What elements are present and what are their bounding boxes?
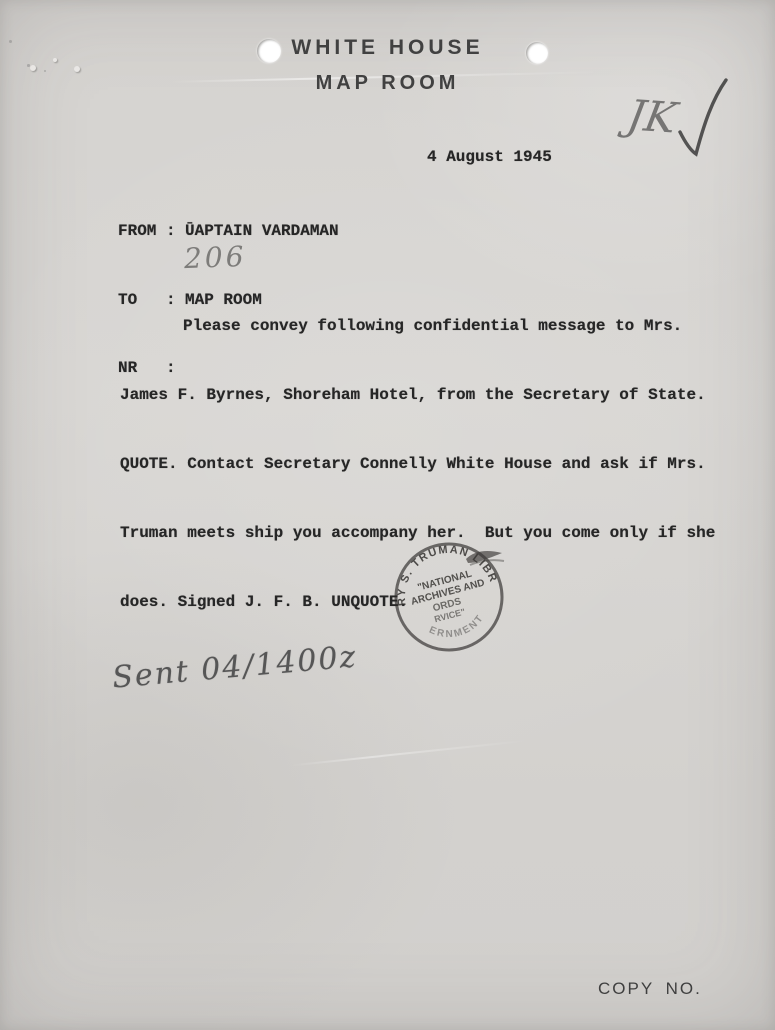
document-page: WHITE HOUSE MAP ROOM JK 4 August 1945 FR…	[0, 0, 775, 1030]
body-line: Please convey following confidential mes…	[120, 317, 715, 350]
letterhead-line1: WHITE HOUSE	[0, 36, 775, 60]
ink-smudge	[462, 543, 508, 573]
body-line: James F. Byrnes, Shoreham Hotel, from th…	[120, 386, 715, 419]
copy-no-label: COPY NO.	[598, 979, 702, 999]
nr-handwritten-value: 206	[183, 240, 247, 275]
from-label: FROM	[118, 222, 166, 255]
paper-speck	[27, 64, 30, 67]
checkmark-icon	[660, 72, 738, 170]
date: 4 August 1945	[427, 148, 552, 166]
colon: :	[166, 222, 185, 255]
body-line: QUOTE. Contact Secretary Connelly White …	[120, 455, 715, 488]
paper-dent	[30, 65, 36, 71]
paper-crease	[291, 739, 530, 766]
